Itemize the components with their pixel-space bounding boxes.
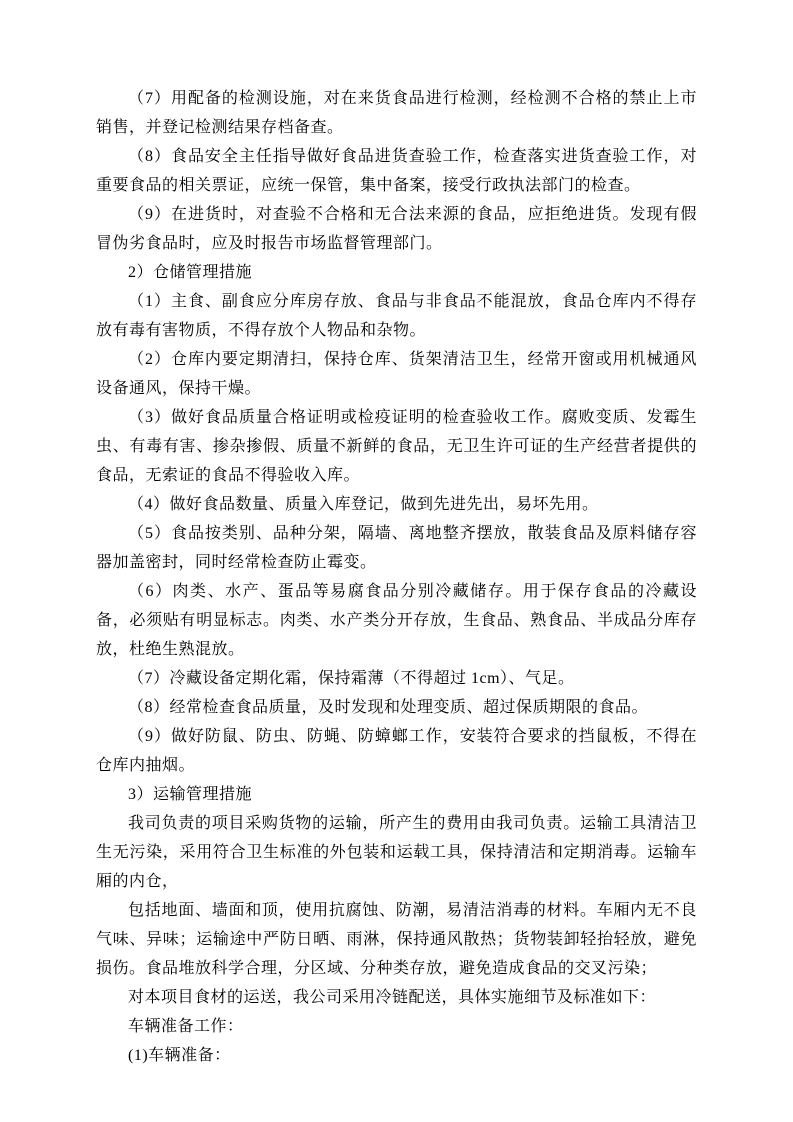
- paragraph: 2）仓储管理措施: [96, 258, 697, 287]
- paragraph: （2）仓库内要定期清扫，保持仓库、货架清洁卫生，经常开窗或用机械通风设备通风，保…: [96, 345, 697, 403]
- paragraph: (1)车辆准备：: [96, 1041, 697, 1070]
- paragraph: （4）做好食品数量、质量入库登记，做到先进先出，易坏先用。: [96, 490, 697, 519]
- paragraph: （9）做好防鼠、防虫、防蝇、防蟑螂工作，安装符合要求的挡鼠板，不得在仓库内抽烟。: [96, 722, 697, 780]
- paragraph: （1）主食、副食应分库房存放、食品与非食品不能混放，食品仓库内不得存放有毒有害物…: [96, 287, 697, 345]
- paragraph: （9）在进货时，对查验不合格和无合法来源的食品，应拒绝进货。发现有假冒伪劣食品时…: [96, 200, 697, 258]
- paragraph: （8）食品安全主任指导做好食品进货查验工作，检查落实进货查验工作，对重要食品的相…: [96, 142, 697, 200]
- paragraph: （3）做好食品质量合格证明或检疫证明的检查验收工作。腐败变质、发霉生虫、有毒有害…: [96, 403, 697, 490]
- document-page: （7）用配备的检测设施，对在来货食品进行检测，经检测不合格的禁止上市销售，并登记…: [0, 0, 793, 1122]
- paragraph: 对本项目食材的运送，我公司采用冷链配送，具体实施细节及标准如下：: [96, 983, 697, 1012]
- paragraph: 3）运输管理措施: [96, 780, 697, 809]
- paragraph: （5）食品按类别、品种分架，隔墙、离地整齐摆放，散装食品及原料储存容器加盖密封，…: [96, 519, 697, 577]
- paragraph: （8）经常检查食品质量，及时发现和处理变质、超过保质期限的食品。: [96, 693, 697, 722]
- paragraph: （6）肉类、水产、蛋品等易腐食品分别冷藏储存。用于保存食品的冷藏设备，必须贴有明…: [96, 577, 697, 664]
- document-content: （7）用配备的检测设施，对在来货食品进行检测，经检测不合格的禁止上市销售，并登记…: [96, 84, 697, 1070]
- paragraph: （7）用配备的检测设施，对在来货食品进行检测，经检测不合格的禁止上市销售，并登记…: [96, 84, 697, 142]
- paragraph: （7）冷藏设备定期化霜，保持霜薄（不得超过 1cm）、气足。: [96, 664, 697, 693]
- paragraph: 车辆准备工作：: [96, 1012, 697, 1041]
- paragraph: 我司负责的项目采购货物的运输，所产生的费用由我司负责。运输工具清洁卫生无污染，采…: [96, 809, 697, 896]
- paragraph: 包括地面、墙面和顶，使用抗腐蚀、防潮，易清洁消毒的材料。车厢内无不良气味、异味；…: [96, 896, 697, 983]
